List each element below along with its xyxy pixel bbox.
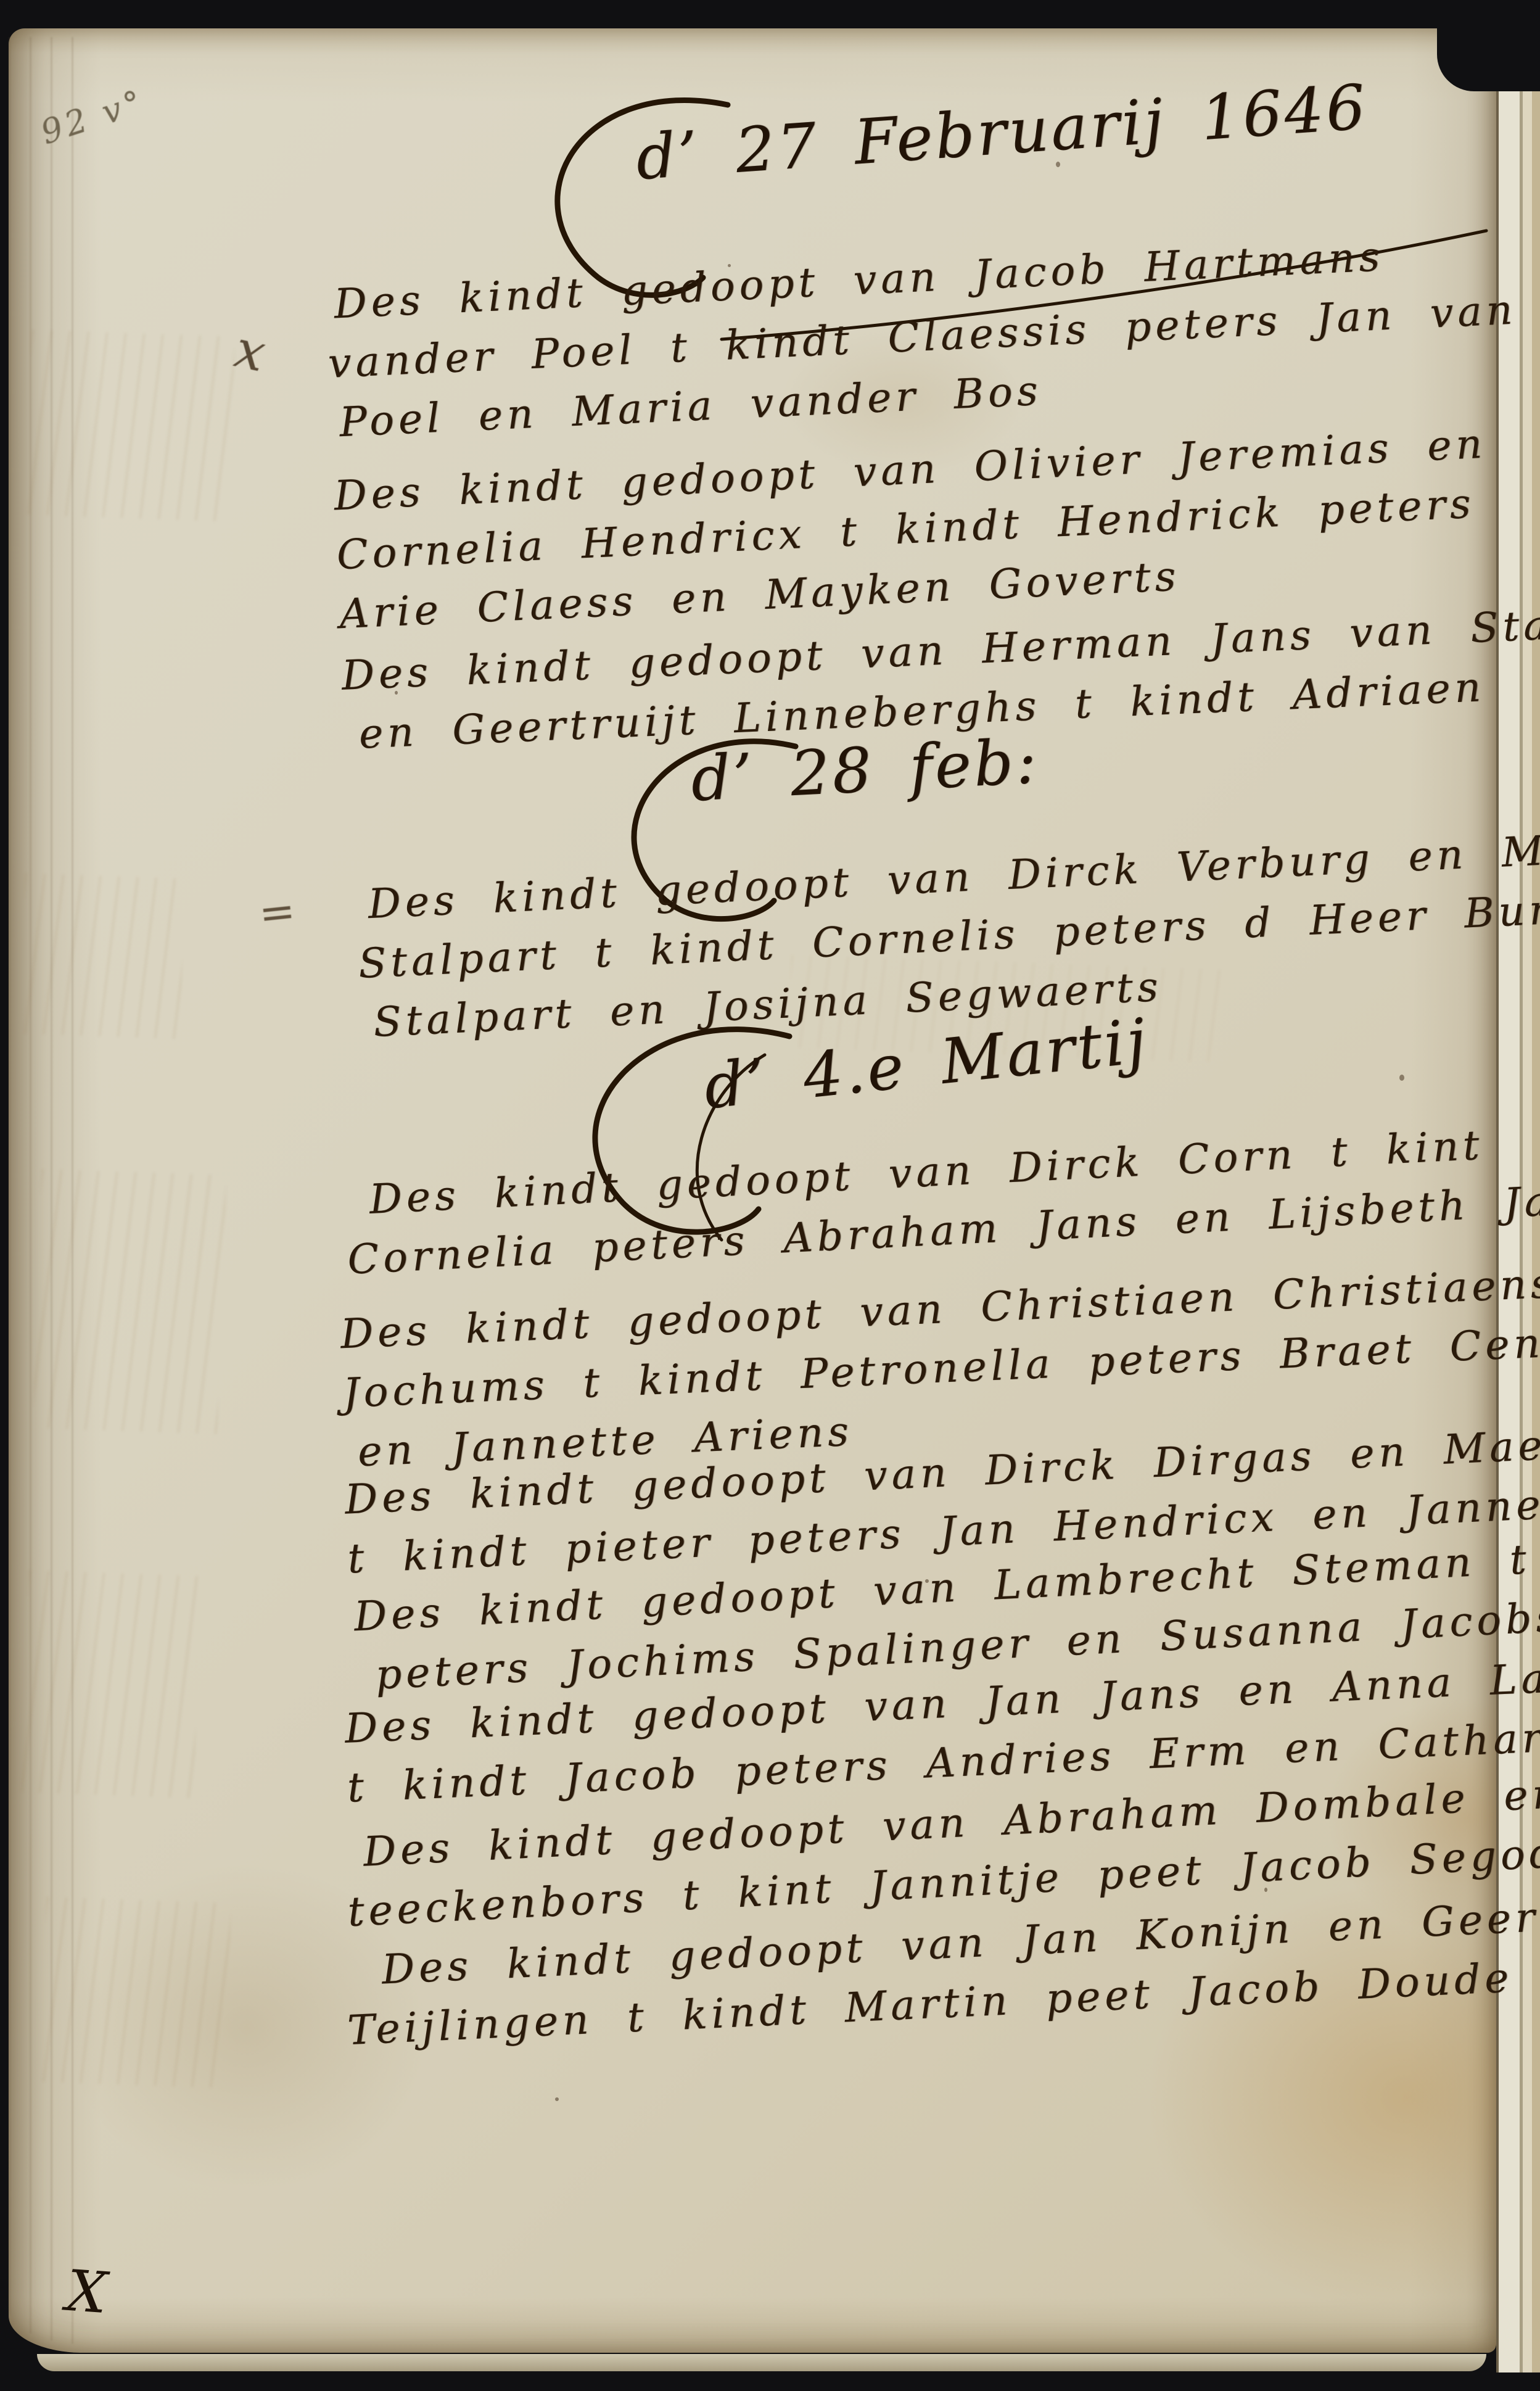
ink-bleedthrough (25, 329, 235, 521)
ink-bleedthrough (33, 1169, 226, 1434)
paper-speck (1399, 1075, 1404, 1081)
ink-bleedthrough (21, 1570, 201, 1798)
paper-speck (555, 2097, 559, 2101)
ink-bleedthrough (40, 1897, 231, 2088)
bottom-cross-mark: X (64, 2258, 109, 2326)
manuscript-photo: 92 v° x = X d’ 27 Februarij 1646 Des kin… (0, 0, 1540, 2391)
ink-bleedthrough (20, 873, 186, 1039)
margin-dash-mark: = (257, 885, 298, 939)
page-bottom-edge (37, 2354, 1486, 2371)
photo-background-corner (1437, 0, 1540, 91)
